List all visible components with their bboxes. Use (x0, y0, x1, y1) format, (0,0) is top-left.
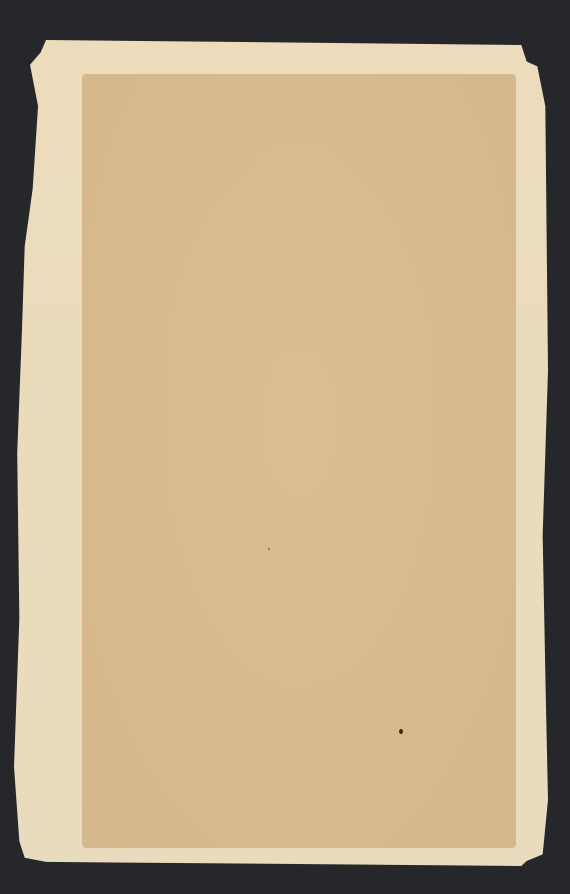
paper-speck (268, 548, 270, 550)
paper-discoloration (82, 74, 516, 848)
paper-speck (399, 729, 403, 734)
